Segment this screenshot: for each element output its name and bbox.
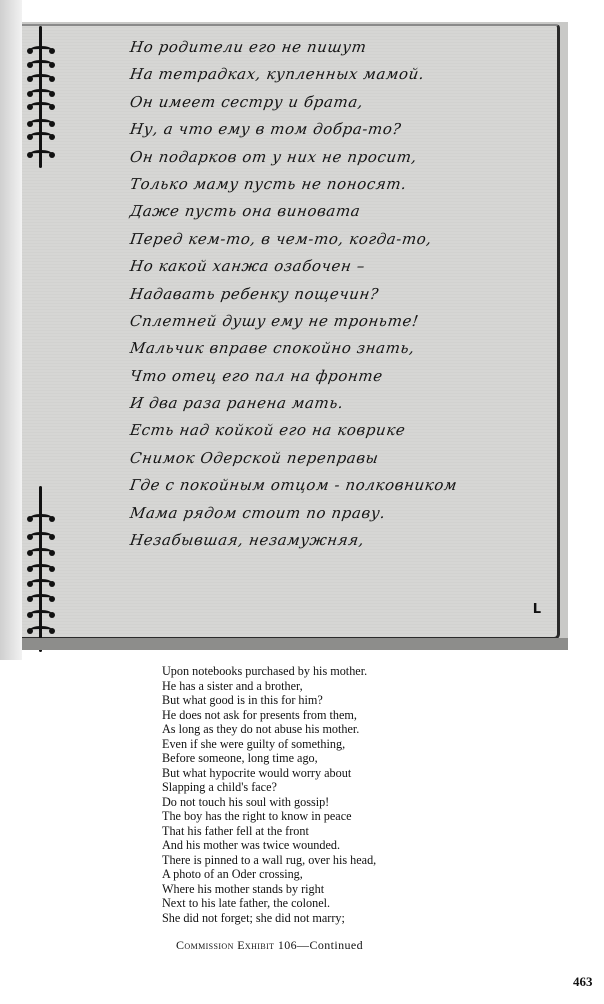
- handwritten-line: Где с покойным отцом - полковником: [128, 472, 552, 499]
- handwritten-line: И два раза ранена мать.: [128, 390, 552, 417]
- translation-line: He has a sister and a brother,: [162, 679, 376, 694]
- translation-line: But what hypocrite would worry about: [162, 766, 376, 781]
- translation-line: Next to his late father, the colonel.: [162, 896, 376, 911]
- caption-label: Commission Exhibit: [176, 938, 274, 952]
- photo-bottom-edge: [22, 638, 568, 650]
- handwritten-line: Надавать ребенку пощечин?: [128, 281, 552, 308]
- spiral-ring-icon: [30, 132, 52, 140]
- handwritten-line: Но какой ханжа озабочен –: [128, 253, 552, 280]
- translation-line: Even if she were guilty of something,: [162, 737, 376, 752]
- page-number: 463: [573, 974, 593, 990]
- translation-line: And his mother was twice wounded.: [162, 838, 376, 853]
- spiral-ring-icon: [30, 74, 52, 82]
- spiral-ring-icon: [30, 610, 52, 618]
- translation-line: Where his mother stands by right: [162, 882, 376, 897]
- translation-line: A photo of an Oder crossing,: [162, 867, 376, 882]
- handwritten-line: Что отец его пал на фронте: [128, 363, 552, 390]
- spiral-ring-icon: [30, 150, 52, 158]
- handwritten-line: Ну, а что ему в том добра-то?: [128, 116, 552, 143]
- handwritten-line: Сплетней душу ему не троньте!: [128, 308, 552, 335]
- handwritten-line: На тетрадках, купленных мамой.: [128, 61, 552, 88]
- caption-number: 106: [278, 938, 297, 952]
- translation-line: But what good is in this for him?: [162, 693, 376, 708]
- translation-line: Do not touch his soul with gossip!: [162, 795, 376, 810]
- spiral-ring-icon: [30, 579, 52, 587]
- spiral-ring-icon: [30, 564, 52, 572]
- spiral-ring-icon: [30, 626, 52, 634]
- handwritten-line: Только маму пусть не поносят.: [128, 171, 552, 198]
- handwritten-line: Незабывшая, незамужняя,: [128, 527, 552, 554]
- exhibit-caption: Commission Exhibit 106—Continued: [176, 938, 363, 953]
- notebook-photo: Но родители его не пишут На тетрадках, к…: [22, 22, 568, 650]
- handwritten-line: Есть над койкой его на коврике: [128, 417, 552, 444]
- handwritten-line: Даже пусть она виновата: [128, 198, 552, 225]
- caption-suffix: —Continued: [297, 938, 363, 952]
- spiral-ring-icon: [30, 532, 52, 540]
- translation-line: Before someone, long time ago,: [162, 751, 376, 766]
- handwritten-line: Мальчик вправе спокойно знать,: [128, 335, 552, 362]
- spiral-ring-icon: [30, 102, 52, 110]
- handwritten-line: Мама рядом стоит по праву.: [128, 500, 552, 527]
- handwritten-line: Перед кем-то, в чем-то, когда-то,: [128, 226, 552, 253]
- spiral-ring-icon: [30, 60, 52, 68]
- translation-line: Upon notebooks purchased by his mother.: [162, 664, 376, 679]
- handwritten-verse: Но родители его не пишут На тетрадках, к…: [130, 34, 550, 554]
- translation-line: Slapping a child's face?: [162, 780, 376, 795]
- spiral-ring-icon: [30, 46, 52, 54]
- translation-line: That his father fell at the front: [162, 824, 376, 839]
- corner-mark: L: [533, 602, 541, 617]
- notebook-page: Но родители его не пишут На тетрадках, к…: [22, 24, 560, 640]
- translation-line: The boy has the right to know in peace: [162, 809, 376, 824]
- handwritten-line: Но родители его не пишут: [128, 34, 552, 61]
- translation-line: There is pinned to a wall rug, over his …: [162, 853, 376, 868]
- translation-line: As long as they do not abuse his mother.: [162, 722, 376, 737]
- spiral-ring-icon: [30, 89, 52, 97]
- spiral-ring-icon: [30, 594, 52, 602]
- translation-line: She did not forget; she did not marry;: [162, 911, 376, 926]
- spiral-ring-icon: [30, 514, 52, 522]
- translation-line: He does not ask for presents from them,: [162, 708, 376, 723]
- scan-edge-shadow: [0, 0, 22, 660]
- handwritten-line: Он подарков от у них не просит,: [128, 144, 552, 171]
- translation-text: Upon notebooks purchased by his mother. …: [162, 664, 376, 925]
- handwritten-line: Снимок Одерской переправы: [128, 445, 552, 472]
- handwritten-line: Он имеет сестру и брата,: [128, 89, 552, 116]
- spiral-ring-icon: [30, 548, 52, 556]
- spiral-ring-icon: [30, 119, 52, 127]
